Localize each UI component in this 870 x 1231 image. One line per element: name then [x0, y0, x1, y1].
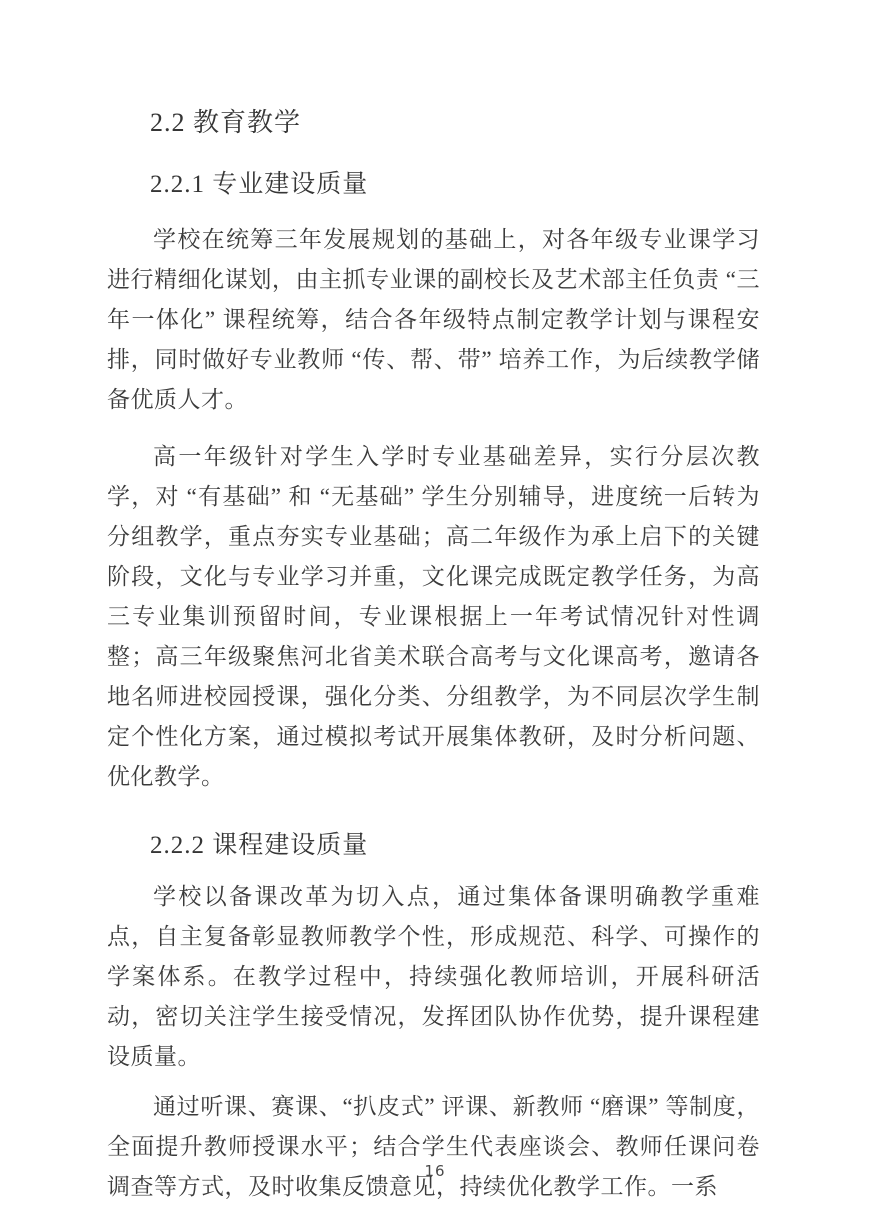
subsection-heading-222: 2.2.2 课程建设质量: [150, 829, 760, 863]
body-paragraph: 高一年级针对学生入学时专业基础差异，实行分层次教学，对 “有基础” 和 “无基础…: [107, 437, 760, 797]
page-number: 16: [0, 1162, 870, 1180]
subsection-heading-221: 2.2.1 专业建设质量: [150, 168, 760, 202]
section-heading: 2.2 教育教学: [150, 106, 760, 140]
body-paragraph: 通过听课、赛课、“扒皮式” 评课、新教师 “磨课” 等制度，全面提升教师授课水平…: [107, 1087, 760, 1207]
body-paragraph: 学校在统筹三年发展规划的基础上，对各年级专业课学习进行精细化谋划，由主抓专业课的…: [107, 220, 760, 420]
body-paragraph: 学校以备课改革为切入点，通过集体备课明确教学重难点，自主复备彰显教师教学个性，形…: [107, 877, 760, 1077]
document-page: 2.2 教育教学 2.2.1 专业建设质量 学校在统筹三年发展规划的基础上，对各…: [0, 0, 870, 1231]
